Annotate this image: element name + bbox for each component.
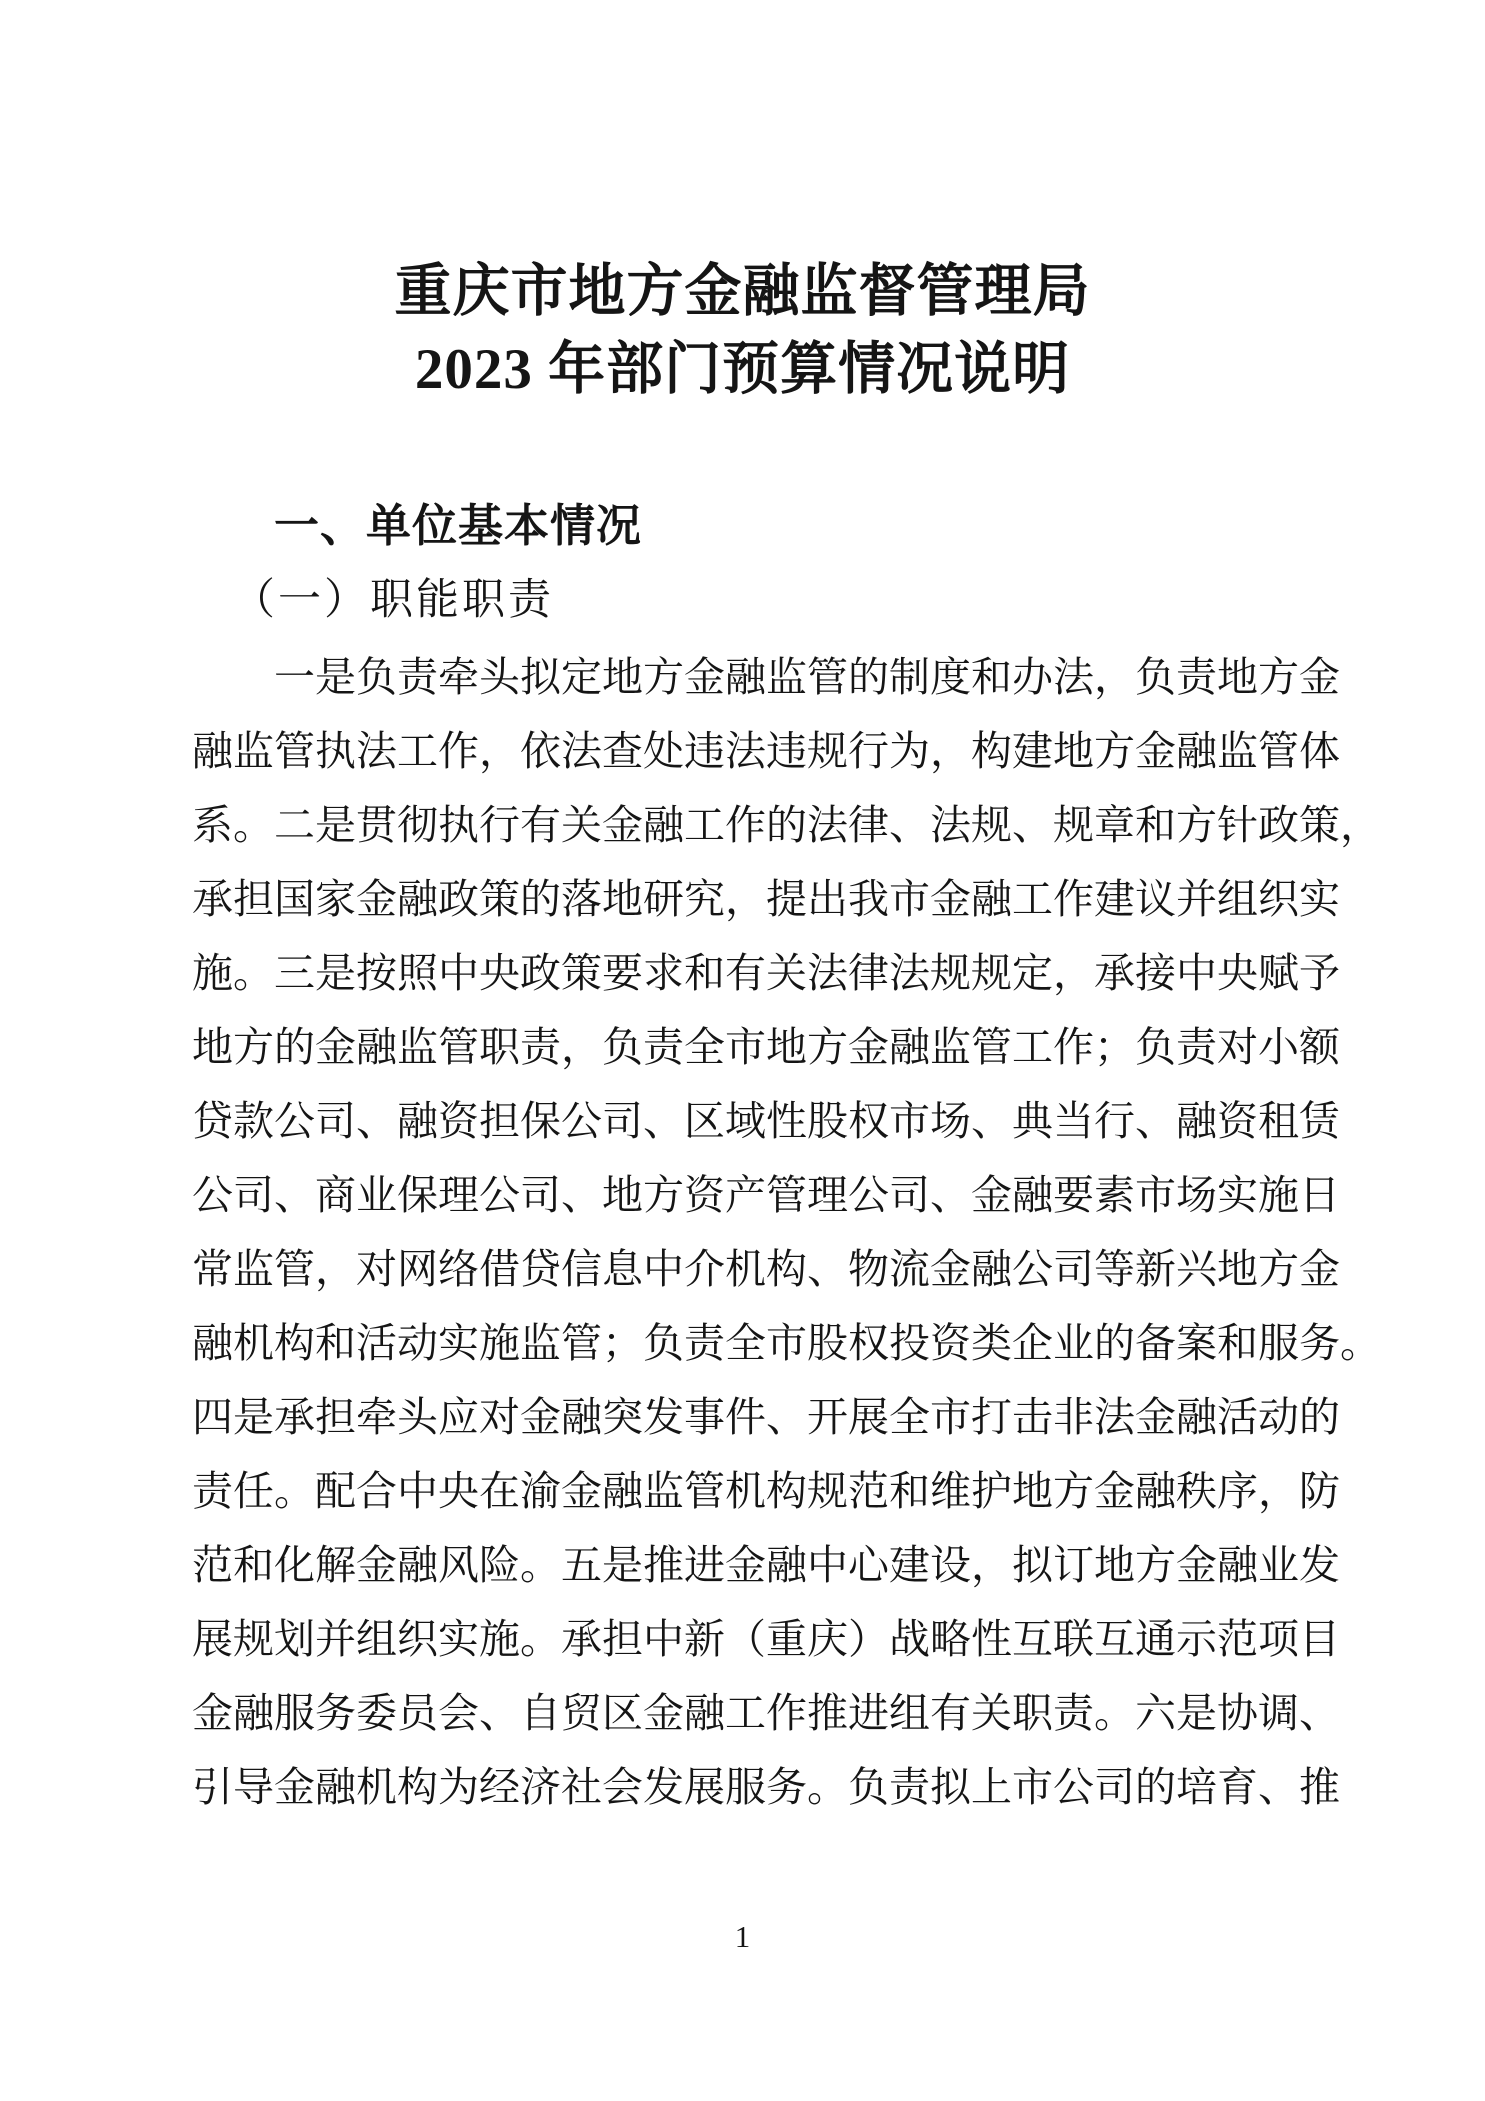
- document-title-line-1: 重庆市地方金融监督管理局: [192, 253, 1293, 331]
- document-title: 重庆市地方金融监督管理局 2023 年部门预算情况说明: [192, 253, 1293, 409]
- body-text-line: 融监管执法工作，依法查处违法违规行为，构建地方金融监管体: [192, 714, 1293, 788]
- subsection-heading-functions-and-duties: （一）职能职责: [192, 570, 1293, 631]
- body-text-line: 展规划并组织实施。承担中新（重庆）战略性互联互通示范项目: [192, 1602, 1293, 1676]
- document-content: 重庆市地方金融监督管理局 2023 年部门预算情况说明 一、单位基本情况 （一）…: [0, 253, 1485, 1824]
- body-text-line: 四是承担牵头应对金融突发事件、开展全市打击非法金融活动的: [192, 1380, 1293, 1454]
- document-page: 重庆市地方金融监督管理局 2023 年部门预算情况说明 一、单位基本情况 （一）…: [0, 0, 1485, 2101]
- body-text-line: 系。二是贯彻执行有关金融工作的法律、法规、规章和方针政策，: [192, 788, 1293, 862]
- body-text-line: 责任。配合中央在渝金融监管机构规范和维护地方金融秩序，防: [192, 1454, 1293, 1528]
- paragraph-functions-description: 一是负责牵头拟定地方金融监管的制度和办法，负责地方金 融监管执法工作，依法查处违…: [192, 640, 1293, 1824]
- section-heading-basic-information: 一、单位基本情况: [192, 497, 1293, 555]
- body-text-line: 引导金融机构为经济社会发展服务。负责拟上市公司的培育、推: [192, 1750, 1293, 1824]
- body-text-line: 贷款公司、融资担保公司、区域性股权市场、典当行、融资租赁: [192, 1084, 1293, 1158]
- document-title-line-2: 2023 年部门预算情况说明: [192, 331, 1293, 409]
- body-text-line: 公司、商业保理公司、地方资产管理公司、金融要素市场实施日: [192, 1158, 1293, 1232]
- body-text-line: 地方的金融监管职责，负责全市地方金融监管工作；负责对小额: [192, 1010, 1293, 1084]
- body-text-line: 融机构和活动实施监管；负责全市股权投资类企业的备案和服务。: [192, 1306, 1293, 1380]
- body-text-line: 施。三是按照中央政策要求和有关法律法规规定，承接中央赋予: [192, 936, 1293, 1010]
- body-text-line: 一是负责牵头拟定地方金融监管的制度和办法，负责地方金: [192, 640, 1293, 714]
- body-text-line: 范和化解金融风险。五是推进金融中心建设，拟订地方金融业发: [192, 1528, 1293, 1602]
- body-text-line: 常监管，对网络借贷信息中介机构、物流金融公司等新兴地方金: [192, 1232, 1293, 1306]
- body-text-line: 金融服务委员会、自贸区金融工作推进组有关职责。六是协调、: [192, 1676, 1293, 1750]
- page-number: 1: [0, 1916, 1485, 1958]
- body-text-line: 承担国家金融政策的落地研究，提出我市金融工作建议并组织实: [192, 862, 1293, 936]
